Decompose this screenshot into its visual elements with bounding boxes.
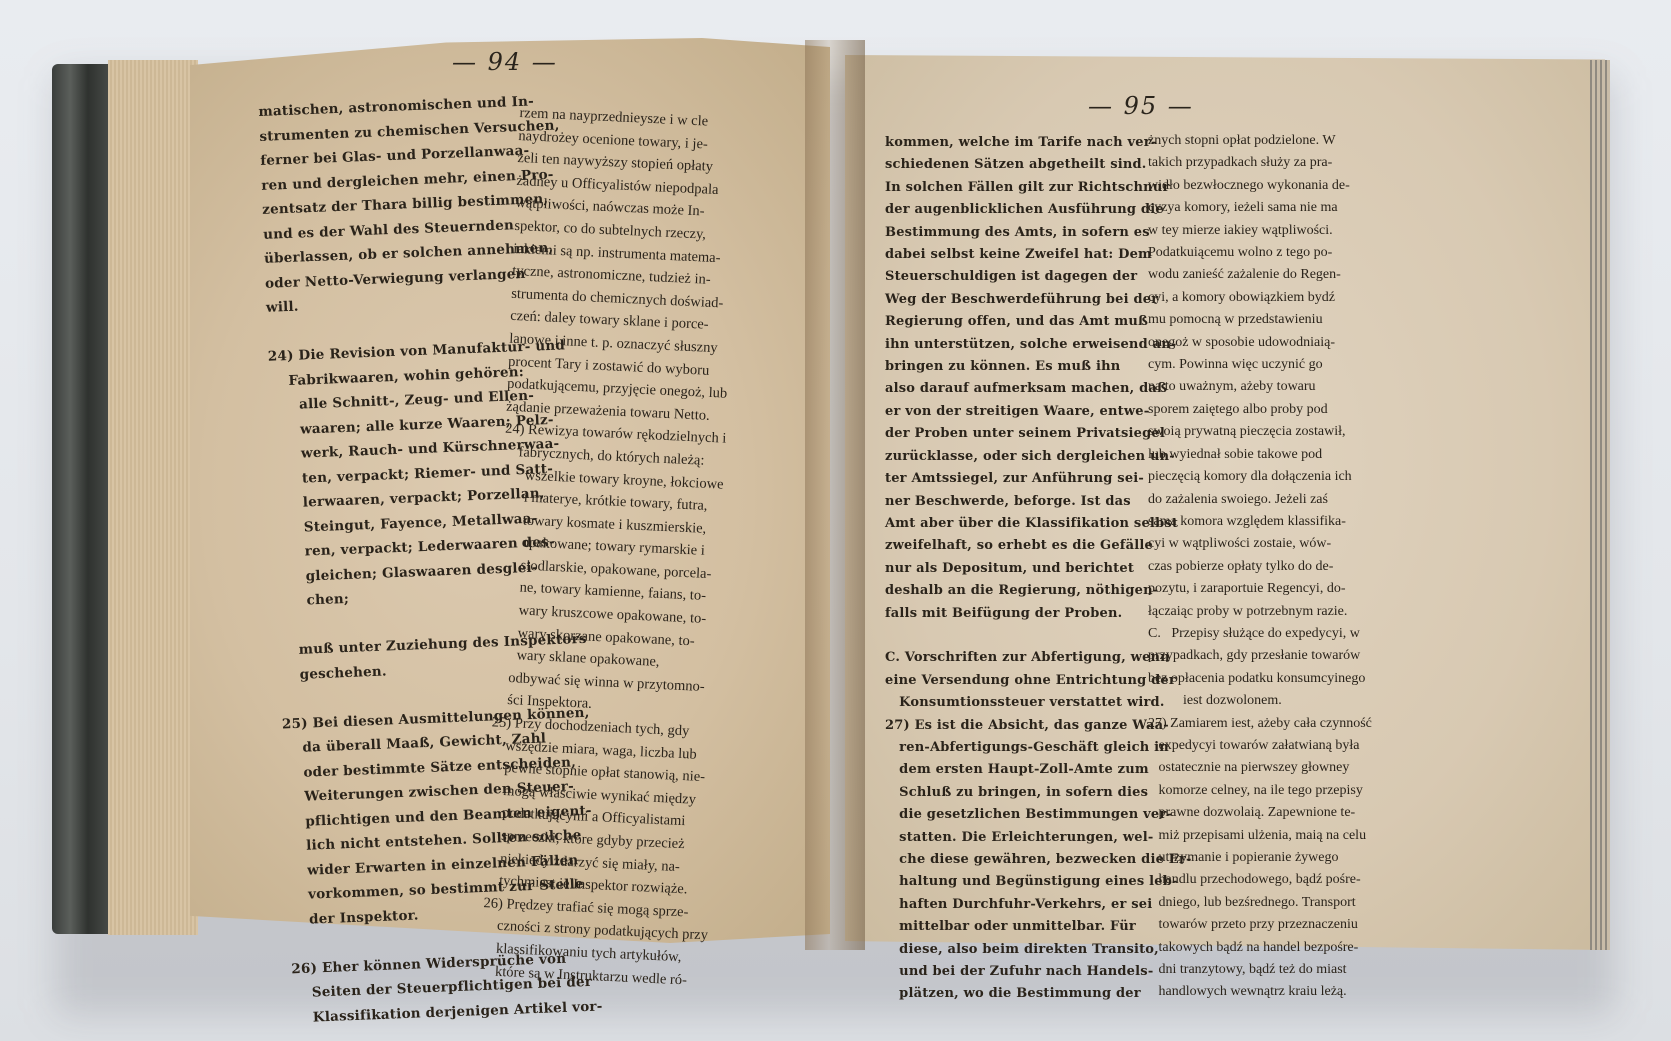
- text-line: cym. Powinna więc uczynić go: [1148, 354, 1372, 376]
- text-line: handlu przechodowego, bądź pośre-: [1148, 869, 1372, 891]
- text-line: Regierung offen, und das Amt muß: [885, 311, 1192, 333]
- text-line: łączaiąc proby w potrzebnym razie.: [1148, 601, 1372, 623]
- text-line: zurücklasse, oder sich dergleichen un-: [885, 446, 1192, 468]
- text-line: żnych stopni opłat podzielone. W: [1148, 130, 1372, 152]
- text-line: nur als Depositum, und berichtet: [885, 558, 1192, 580]
- text-line: onegoż w sposobie udowodniaią-: [1148, 332, 1372, 354]
- text-line: eine Versendung ohne Entrichtung der: [885, 670, 1192, 692]
- text-line: do zażalenia swoiego. Jeżeli zaś: [1148, 489, 1372, 511]
- text-line: pozytu, i zaraportuie Regencyi, do-: [1148, 578, 1372, 600]
- text-line: sporem zaiętego albo proby pod: [1148, 399, 1372, 421]
- text-line: w tey mierze iakiey wątpliwości.: [1148, 220, 1372, 242]
- text-line: und bei der Zufuhr nach Handels-: [885, 961, 1192, 983]
- right-page-polish-column: żnych stopni opłat podzielone. Wtakich p…: [1148, 130, 1372, 1004]
- text-line: Schluß zu bringen, in sofern dies: [885, 782, 1192, 804]
- text-line: falls mit Beifügung der Proben.: [885, 603, 1192, 625]
- text-line: also darauf aufmerksam machen, daß: [885, 378, 1192, 400]
- text-line: cyi w wątpliwości zostaie, wów-: [1148, 533, 1372, 555]
- page-number-95: — 95 —: [1088, 92, 1194, 120]
- text-line: Podatkuiącemu wolno z tego po-: [1148, 242, 1372, 264]
- text-line: plätzen, wo die Bestimmung der: [885, 983, 1192, 1005]
- text-line: die gesetzlichen Bestimmungen ver-: [885, 804, 1192, 826]
- text-line: [885, 625, 1192, 647]
- text-line: handlowych wewnątrz kraiu leżą.: [1148, 981, 1372, 1003]
- text-line: swoią prywatną pieczęcia zostawił,: [1148, 421, 1372, 443]
- text-line: wodu zanieść zażalenie do Regen-: [1148, 264, 1372, 286]
- text-line: deshalb an die Regierung, nöthigen-: [885, 580, 1192, 602]
- right-page-german-column: kommen, welche im Tarife nach ver-schied…: [885, 132, 1192, 1006]
- text-line: pieczęcią komory dla dołączenia ich: [1148, 466, 1372, 488]
- text-line: Amt aber über die Klassifikation selbst: [885, 513, 1192, 535]
- text-line: komorze celney, na ile tego przepisy: [1148, 780, 1372, 802]
- text-line: expedycyi towarów załatwianą była: [1148, 735, 1372, 757]
- left-page-polish-column: rzem na nayprzednieysze i w clenaydrożey…: [480, 102, 745, 992]
- text-line: ren-Abfertigungs-Geschäft gleich in: [885, 737, 1192, 759]
- text-line: cyi, a komory obowiązkiem bydź: [1148, 287, 1372, 309]
- text-line: widło bezwłocznego wykonania de-: [1148, 175, 1372, 197]
- text-line: schiedenen Sätzen abgetheilt sind.: [885, 154, 1192, 176]
- text-line: prawne dozwolaią. Zapewnione te-: [1148, 802, 1372, 824]
- text-line: C. Vorschriften zur Abfertigung, wenn: [885, 647, 1192, 669]
- text-line: bez opłacenia podatku konsumcyinego: [1148, 668, 1372, 690]
- text-line: mittelbar oder unmittelbar. Für: [885, 916, 1192, 938]
- text-line: sama komora względem klassifika-: [1148, 511, 1372, 533]
- text-line: ostatecznie na pierwszey głowney: [1148, 757, 1372, 779]
- text-line: Weg der Beschwerdeführung bei der: [885, 289, 1192, 311]
- text-line: przypadkach, gdy przesłanie towarów: [1148, 645, 1372, 667]
- text-line: kommen, welche im Tarife nach ver-: [885, 132, 1192, 154]
- text-line: utrzymanie i popieranie żywego: [1148, 847, 1372, 869]
- text-line: che diese gewähren, bezwecken die Er-: [885, 849, 1192, 871]
- text-line: er von der streitigen Waare, entwe-: [885, 401, 1192, 423]
- book-photo: — 94 — — 95 — matischen, astronomischen …: [0, 0, 1671, 1041]
- text-line: der Proben unter seinem Privatsiegel: [885, 423, 1192, 445]
- text-line: miż przepisami ulżenia, maią na celu: [1148, 825, 1372, 847]
- text-line: der augenblicklichen Ausführung die: [885, 199, 1192, 221]
- text-line: na to uważnym, ażeby towaru: [1148, 376, 1372, 398]
- book-gutter: [805, 40, 865, 950]
- text-line: iest dozwolonem.: [1148, 690, 1372, 712]
- text-line: Konsumtionssteuer verstattet wird.: [885, 692, 1192, 714]
- text-line: mu pomocną w przedstawieniu: [1148, 309, 1372, 331]
- text-line: cyzya komory, ieżeli sama nie ma: [1148, 197, 1372, 219]
- text-line: Steuerschuldigen ist dagegen der: [885, 266, 1192, 288]
- right-page-stack: [1590, 60, 1610, 950]
- text-line: C. Przepisy służące do expedycyi, w: [1148, 623, 1372, 645]
- text-line: 27) Zamiarem iest, ażeby cała czynność: [1148, 713, 1372, 735]
- text-line: zweifelhaft, so erhebt es die Gefälle: [885, 535, 1192, 557]
- text-line: haltung und Begünstigung eines leb-: [885, 871, 1192, 893]
- text-line: 27) Es ist die Absicht, das ganze Waa-: [885, 715, 1192, 737]
- left-page-stack: [108, 60, 198, 935]
- book-cover-edge: [52, 64, 112, 934]
- text-line: ter Amtssiegel, zur Anführung sei-: [885, 468, 1192, 490]
- text-line: dni tranzytowy, bądź też do miast: [1148, 959, 1372, 981]
- text-line: diese, also beim direkten Transito,: [885, 939, 1192, 961]
- text-line: ner Beschwerde, beforge. Ist das: [885, 491, 1192, 513]
- text-line: lub wyiednał sobie takowe pod: [1148, 444, 1372, 466]
- text-line: takowych bądź na handel bezpośre-: [1148, 937, 1372, 959]
- text-line: towarów przeto przy przeznaczeniu: [1148, 914, 1372, 936]
- text-line: haften Durchfuhr-Verkehrs, er sei: [885, 894, 1192, 916]
- text-line: dabei selbst keine Zweifel hat: Dem: [885, 244, 1192, 266]
- text-line: dniego, lub bezśrednego. Transport: [1148, 892, 1372, 914]
- text-line: In solchen Fällen gilt zur Richtschnur: [885, 177, 1192, 199]
- page-number-94: — 94 —: [452, 48, 558, 76]
- text-line: statten. Die Erleichterungen, wel-: [885, 827, 1192, 849]
- text-line: bringen zu können. Es muß ihn: [885, 356, 1192, 378]
- text-line: takich przypadkach służy za pra-: [1148, 152, 1372, 174]
- text-line: dem ersten Haupt-Zoll-Amte zum: [885, 759, 1192, 781]
- text-line: ihn unterstützen, solche erweisend an-: [885, 334, 1192, 356]
- text-line: Bestimmung des Amts, in sofern es: [885, 222, 1192, 244]
- text-line: czas pobierze opłaty tylko do de-: [1148, 556, 1372, 578]
